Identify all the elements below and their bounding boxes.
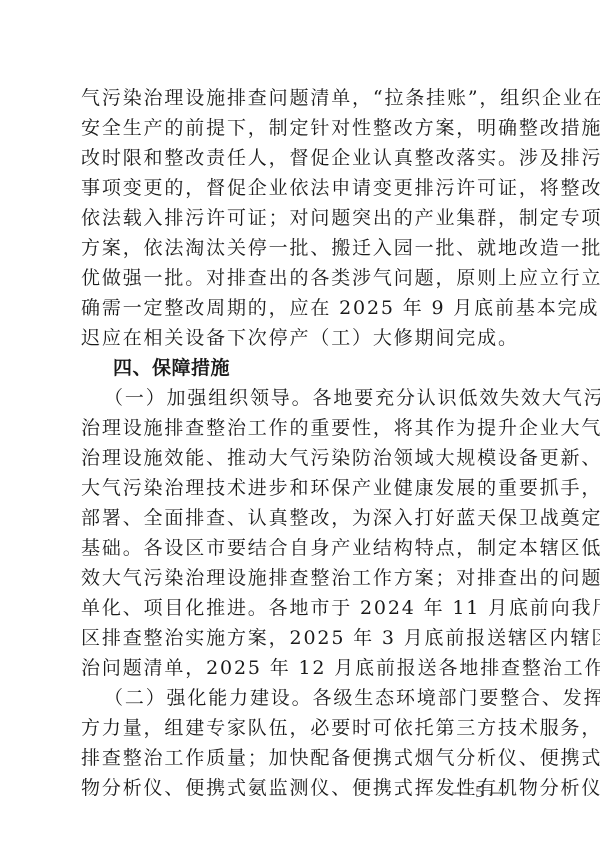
subsection-2-first-line: （二）强化能力建设。各级生态环境部门要整合、发挥各 — [104, 683, 544, 713]
body-line: 方力量，组建专家队伍，必要时可依托第三方技术服务，提高 — [81, 713, 521, 743]
body-line: 确需一定整改周期的，应在 2025 年 9 月底前基本完成整治，最 — [81, 293, 521, 323]
body-line: 方案，依法淘汰关停一批、搬迁入园一批、就地改造一批、做 — [81, 233, 521, 263]
body-line: 迟应在相关设备下次停产（工）大修期间完成。 — [81, 323, 521, 353]
subsection-1-first-line: （一）加强组织领导。各地要充分认识低效失效大气污染 — [104, 383, 544, 413]
body-line: 依法载入排污许可证；对问题突出的产业集群，制定专项整治 — [81, 203, 521, 233]
body-line: 部署、全面排查、认真整改，为深入打好蓝天保卫战奠定坚实 — [81, 503, 521, 533]
subsection-2-title: （二）强化能力建设。 — [104, 687, 313, 709]
body-line: 单化、项目化推进。各地市于 2024 年 11 月底前向我厅报送辖 — [81, 593, 521, 623]
page-number: — 5 — — [452, 782, 508, 802]
body-line: 气污染治理设施排查问题清单，“拉条挂账”，组织企业在确保 — [81, 83, 521, 113]
subsection-2-text: 各级生态环境部门要整合、发挥各 — [313, 687, 600, 709]
section-heading: 四、保障措施 — [113, 353, 553, 383]
body-line: 基础。各设区市要结合自身产业结构特点，制定本辖区低效失 — [81, 533, 521, 563]
body-line: 排查整治工作质量；加快配备便携式烟气分析仪、便携式颗粒 — [81, 743, 521, 773]
body-line: 安全生产的前提下，制定针对性整改方案，明确整改措施、整 — [81, 113, 521, 143]
body-line: 治理设施排查整治工作的重要性，将其作为提升企业大气污染 — [81, 413, 521, 443]
body-line: 事项变更的，督促企业依法申请变更排污许可证，将整改情况 — [81, 173, 521, 203]
body-line: 效大气污染治理设施排查整治工作方案；对排查出的问题要清 — [81, 563, 521, 593]
body-line: 治理设施效能、推动大气污染防治领域大规模设备更新、促进 — [81, 443, 521, 473]
body-line: 治问题清单，2025 年 12 月底前报送各地排查整治工作总结。 — [81, 653, 521, 683]
document-page: 气污染治理设施排查问题清单，“拉条挂账”，组织企业在确保 安全生产的前提下，制定… — [0, 0, 600, 848]
body-line: 区排查整治实施方案，2025 年 3 月底前报送辖区内辖区排查整 — [81, 623, 521, 653]
body-line: 优做强一批。对排查出的各类涉气问题，原则上应立行立改； — [81, 263, 521, 293]
body-line: 大气污染治理技术进步和环保产业健康发展的重要抓手，系统 — [81, 473, 521, 503]
subsection-1-title: （一）加强组织领导。 — [104, 387, 313, 409]
subsection-1-text: 各地要充分认识低效失效大气污染 — [313, 387, 600, 409]
body-line: 改时限和整改责任人，督促企业认真整改落实。涉及排污许可 — [81, 143, 521, 173]
